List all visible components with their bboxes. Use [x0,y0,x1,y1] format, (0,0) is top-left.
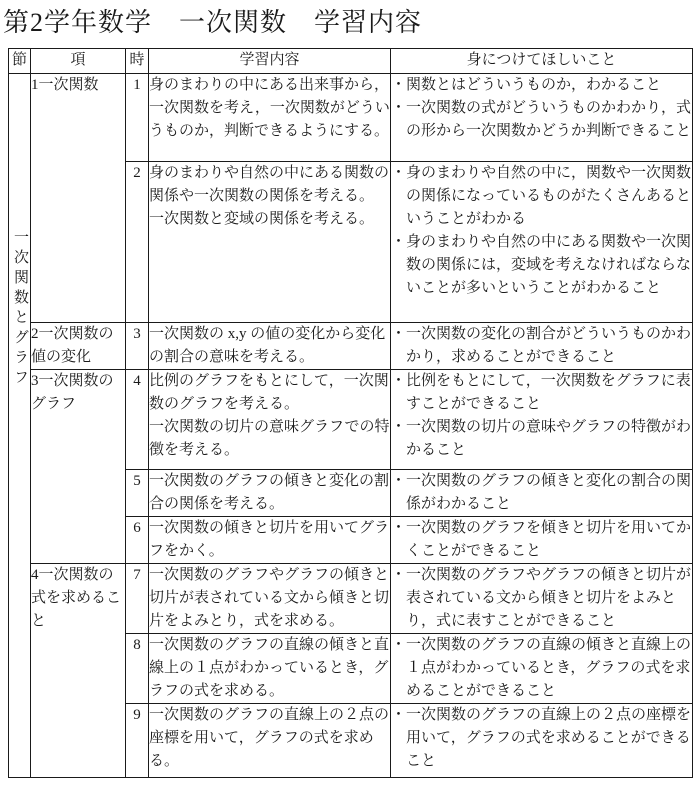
item-cell-1: 1一次関数 [31,74,126,323]
goals-cell: ・関数とはどういうものか，わかること ・一次関数の式がどういうものかわかり，式の… [391,74,693,162]
goals-cell: ・一次関数の変化の割合がどういうものかわかり，求めることができること [391,323,693,370]
learning-content-table: 節 項 時 学習内容 身につけてほしいこと 一次関数とグラフ 1一次関数 1 身… [8,48,693,778]
content-text: 一次関数のグラフやグラフの傾きと切片が表されている文から傾きと切片をよみとり，式… [149,564,390,633]
goal-item: ・比例をもとにして，一次関数をグラフに表すことができること [391,370,692,416]
item-cell-4: 4一次関数の式を求めること [31,564,126,778]
hour-cell: 6 [126,517,149,564]
content-cell: 比例のグラフをもとにして，一次関数のグラフを考える。 一次関数の切片の意味グラフ… [149,370,391,470]
content-text: 一次関数のグラフの直線の傾きと直線上の１点がわかっているとき，グラフの式を求める… [149,634,390,703]
goal-item: ・一次関数の変化の割合がどういうものかわかり，求めることができること [391,323,692,369]
section-label: 一次関数とグラフ [9,229,31,389]
content-text: 一次関数の切片の意味グラフでの特徴を考える。 [149,416,390,462]
content-cell: 身のまわりの中にある出来事から，一次関数を考え，一次関数がどういうものか，判断で… [149,74,391,162]
goal-item: ・一次関数の式がどういうものかわかり，式の形から一次関数かどうか判断できること [391,97,692,143]
content-text: 比例のグラフをもとにして，一次関数のグラフを考える。 [149,370,390,416]
goal-item: ・身のまわりや自然の中に，関数や一次関数の関係になっているものがたくさんあるとい… [391,162,692,231]
hour-cell: 5 [126,470,149,517]
goal-item: ・一次関数のグラフを傾きと切片を用いてかくことができること [391,517,692,563]
content-text: 身のまわりの中にある出来事から，一次関数を考え，一次関数がどういうものか，判断で… [149,74,390,143]
goals-cell: ・比例をもとにして，一次関数をグラフに表すことができること ・一次関数の切片の意… [391,370,693,470]
table-row: 2一次関数の値の変化 3 一次関数の x,y の値の変化から変化の割合の意味を考… [9,323,693,370]
content-text: 一次関数の x,y の値の変化から変化の割合の意味を考える。 [149,323,390,369]
goal-item: ・関数とはどういうものか，わかること [391,74,692,97]
content-text: 一次関数の傾きと切片を用いてグラフをかく。 [149,517,390,563]
content-cell: 一次関数の x,y の値の変化から変化の割合の意味を考える。 [149,323,391,370]
content-cell: 一次関数の傾きと切片を用いてグラフをかく。 [149,517,391,564]
content-text: 一次関数のグラフの直線上の２点の座標を用いて，グラフの式を求める。 [149,704,390,773]
table-row: 一次関数とグラフ 1一次関数 1 身のまわりの中にある出来事から，一次関数を考え… [9,74,693,162]
goals-cell: ・一次関数のグラフやグラフの傾きと切片が表されている文から傾きと切片をよみとり，… [391,564,693,634]
table-header-row: 節 項 時 学習内容 身につけてほしいこと [9,49,693,74]
col-header-kou: 項 [31,49,126,74]
hour-cell: 3 [126,323,149,370]
goal-item: ・一次関数のグラフの傾きと変化の割合の関係がわかること [391,470,692,516]
content-cell: 一次関数のグラフやグラフの傾きと切片が表されている文から傾きと切片をよみとり，式… [149,564,391,634]
col-header-setsu: 節 [9,49,31,74]
table-row: 4一次関数の式を求めること 7 一次関数のグラフやグラフの傾きと切片が表されてい… [9,564,693,634]
content-cell: 一次関数のグラフの直線の傾きと直線上の１点がわかっているとき，グラフの式を求める… [149,634,391,704]
col-header-ji: 時 [126,49,149,74]
goals-cell: ・一次関数のグラフの直線の傾きと直線上の１点がわかっているとき，グラフの式を求め… [391,634,693,704]
col-header-mi: 身につけてほしいこと [391,49,693,74]
goal-item: ・一次関数のグラフの直線の傾きと直線上の１点がわかっているとき，グラフの式を求め… [391,634,692,703]
hour-cell: 7 [126,564,149,634]
goals-cell: ・一次関数のグラフを傾きと切片を用いてかくことができること [391,517,693,564]
content-cell: 一次関数のグラフの直線上の２点の座標を用いて，グラフの式を求める。 [149,704,391,778]
hour-cell: 8 [126,634,149,704]
goal-item: ・一次関数のグラフの直線上の２点の座標を用いて，グラフの式を求めることができるこ… [391,704,692,773]
section-cell: 一次関数とグラフ [9,74,31,778]
content-cell: 一次関数のグラフの傾きと変化の割合の関係を考える。 [149,470,391,517]
content-text: 一次関数のグラフの傾きと変化の割合の関係を考える。 [149,470,390,516]
content-text: 一次関数と変域の関係を考える。 [149,208,390,231]
page-title: 第2学年数学 一次関数 学習内容 [3,6,700,40]
goals-cell: ・一次関数のグラフの傾きと変化の割合の関係がわかること [391,470,693,517]
document-page: 第2学年数学 一次関数 学習内容 節 項 時 学習内容 身につけてほしいこと 一… [0,6,700,791]
content-cell: 身のまわりや自然の中にある関数の関係や一次関数の関係を考える。 一次関数と変域の… [149,162,391,323]
hour-cell: 4 [126,370,149,470]
content-text: 身のまわりや自然の中にある関数の関係や一次関数の関係を考える。 [149,162,390,208]
item-cell-3: 3一次関数のグラフ [31,370,126,564]
hour-cell: 2 [126,162,149,323]
col-header-naiyo: 学習内容 [149,49,391,74]
hour-cell: 9 [126,704,149,778]
table-row: 3一次関数のグラフ 4 比例のグラフをもとにして，一次関数のグラフを考える。 一… [9,370,693,470]
goal-item: ・一次関数のグラフやグラフの傾きと切片が表されている文から傾きと切片をよみとり，… [391,564,692,633]
item-cell-2: 2一次関数の値の変化 [31,323,126,370]
goal-item: ・一次関数の切片の意味やグラフの特徴がわかること [391,416,692,462]
hour-cell: 1 [126,74,149,162]
goal-item: ・身のまわりや自然の中にある関数や一次関数の関係には，変域を考えなければならない… [391,231,692,300]
goals-cell: ・一次関数のグラフの直線上の２点の座標を用いて，グラフの式を求めることができるこ… [391,704,693,778]
goals-cell: ・身のまわりや自然の中に，関数や一次関数の関係になっているものがたくさんあるとい… [391,162,693,323]
